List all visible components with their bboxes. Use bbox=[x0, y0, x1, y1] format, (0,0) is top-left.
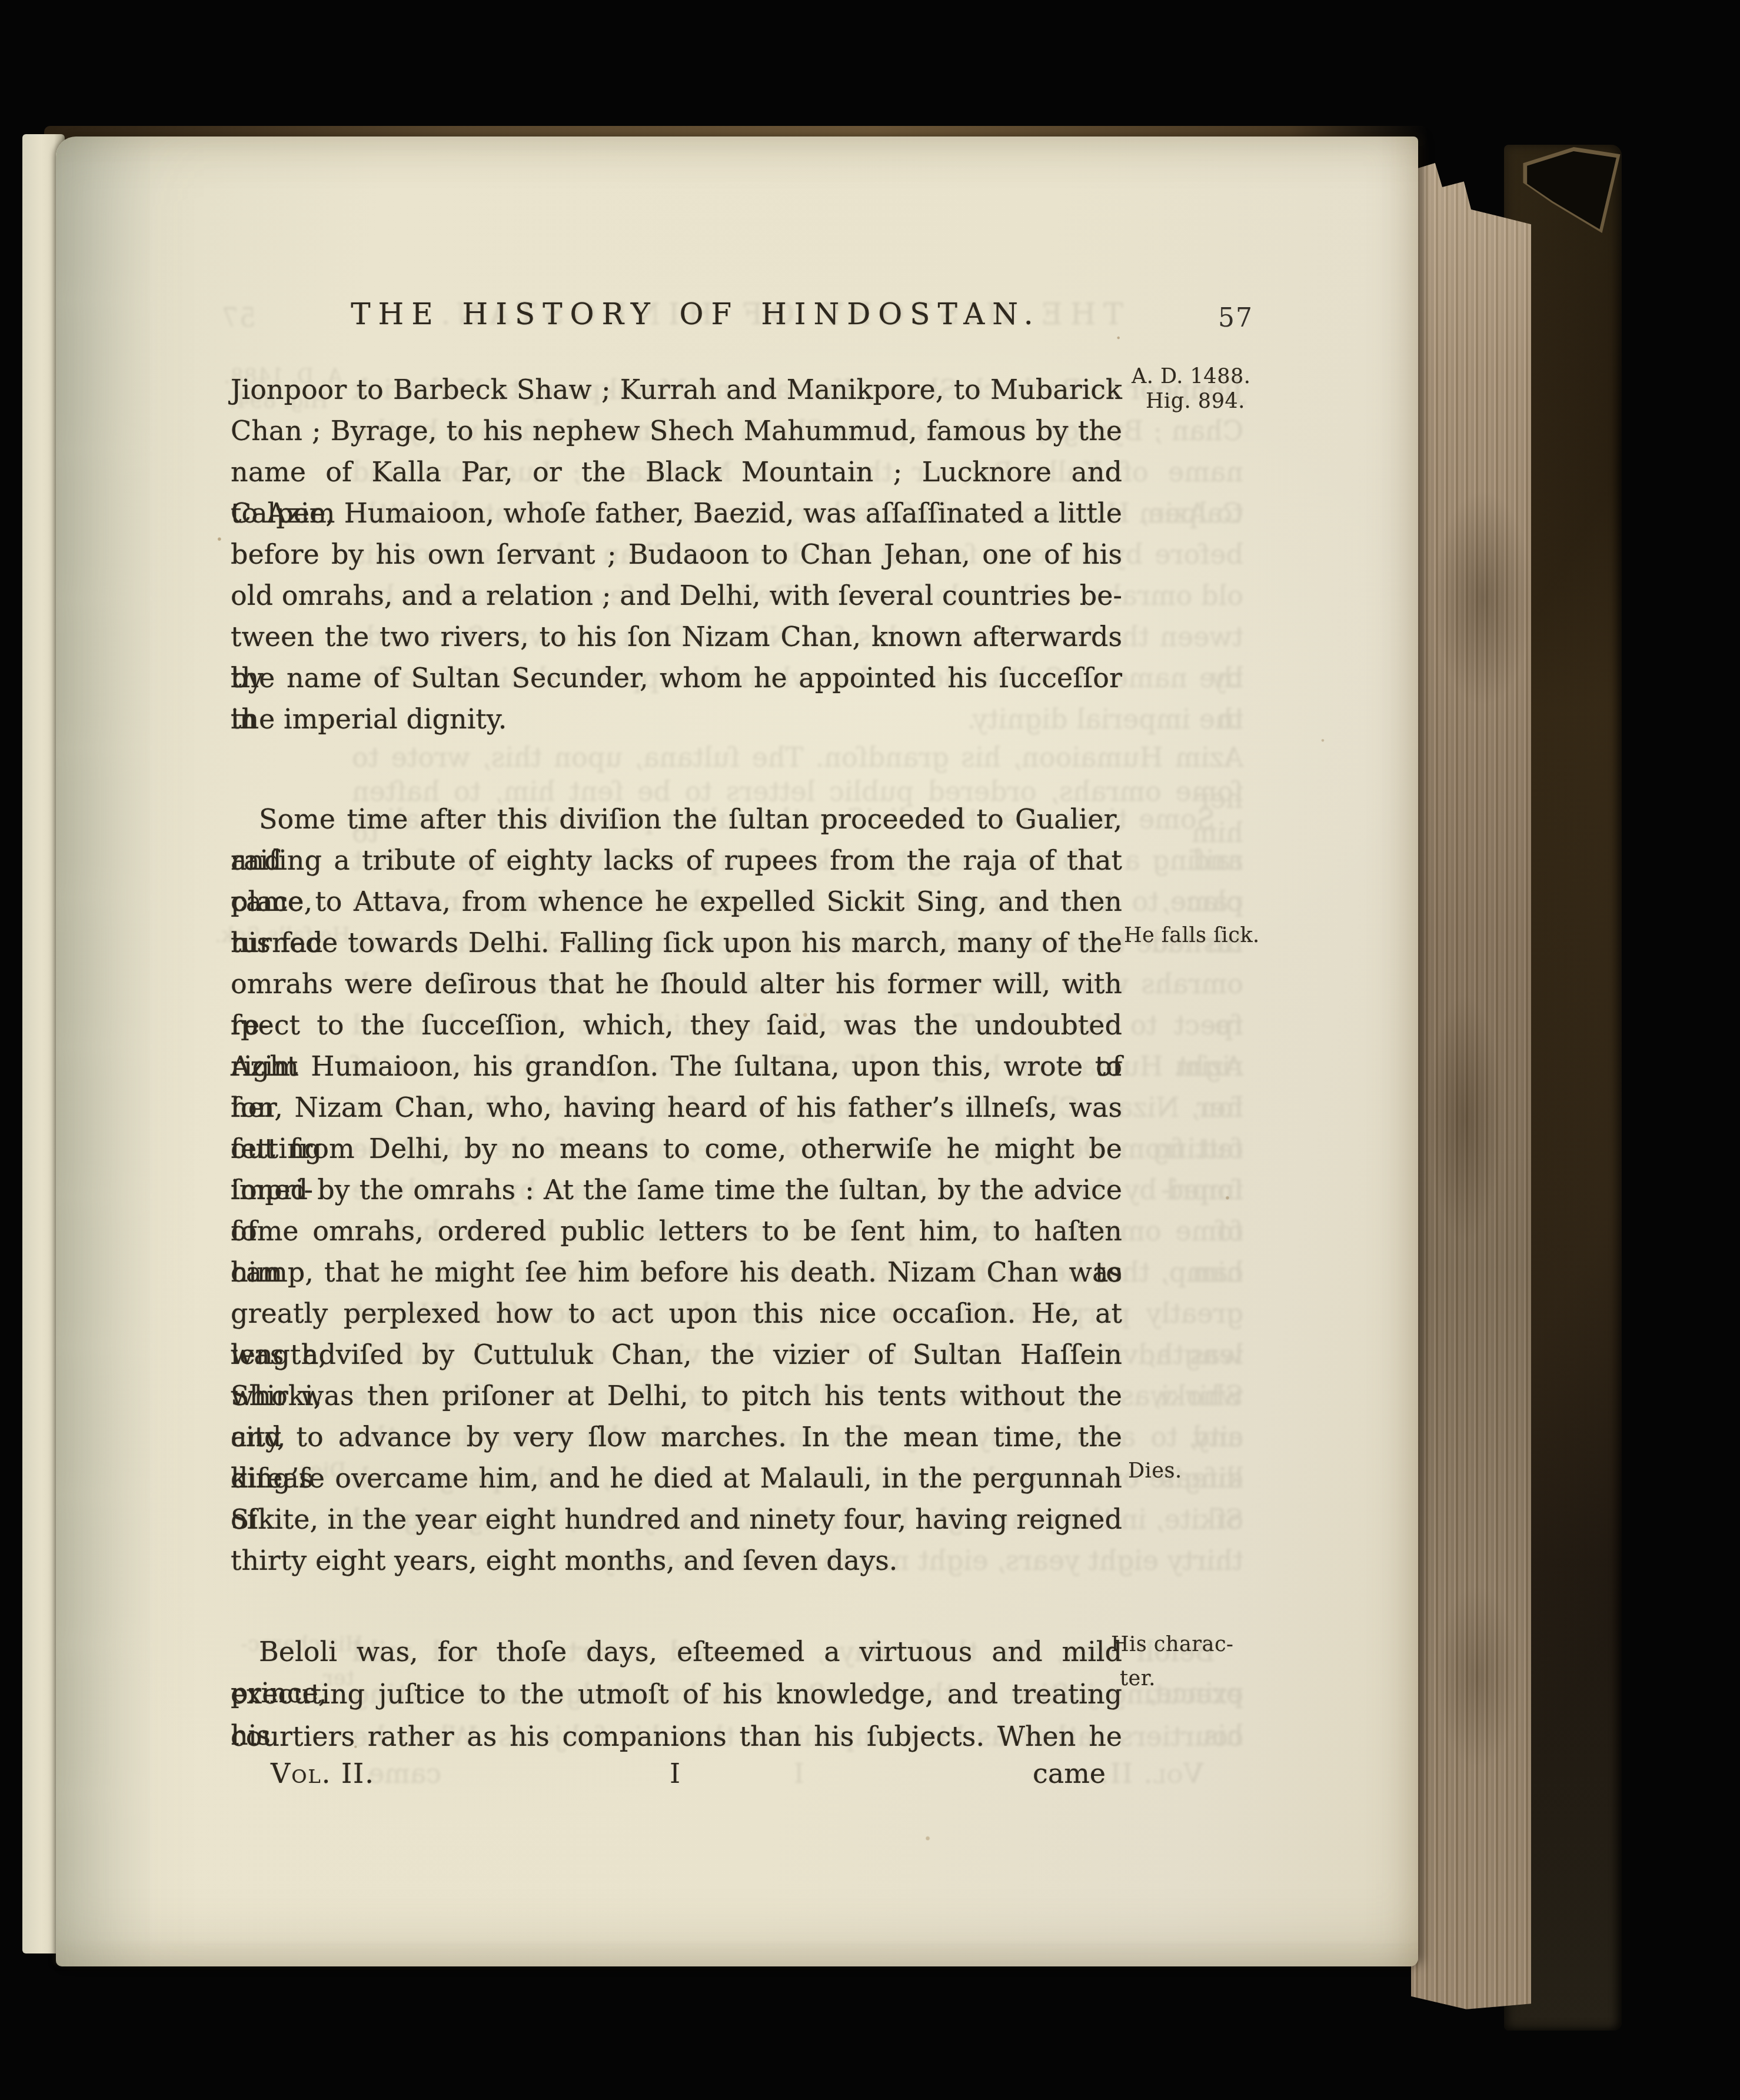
body-line-p2-l4: his face towards Delhi. Falling ſick upo… bbox=[231, 922, 1122, 963]
body-line-p2-l16: and to advance by very ſlow marches. In … bbox=[231, 1416, 1122, 1457]
body-line-p2-l11: ſome omrahs, ordered public letters to b… bbox=[231, 1210, 1122, 1252]
page-text-layer: THE HISTORY OF HINDOSTAN. 57 A. D. 1488.… bbox=[56, 137, 1418, 1966]
body-line-p1-l5: before by his own ſervant ; Budaoon to C… bbox=[231, 534, 1122, 575]
body-line-p3-l1: Beloli was, for thoſe days, eſteemed a v… bbox=[231, 1631, 1122, 1672]
body-line-p2-l12: camp, that he might ſee him before his d… bbox=[231, 1252, 1122, 1293]
body-line-p2-l2: raiſing a tribute of eighty lacks of rup… bbox=[231, 840, 1122, 881]
body-line-p1-l3: name of Kalla Par, or the Black Mountain… bbox=[231, 451, 1122, 492]
catchword: came bbox=[1033, 1758, 1106, 1789]
body-text: Jionpoor to Barbeck Shaw ; Kurrah and Ma… bbox=[56, 137, 1418, 1966]
book-scan-photo: THE HISTORY OF HINDOSTAN. 57 A. D. 1488.… bbox=[0, 0, 1740, 2100]
body-line-p2-l19: thirty eight years, eight months, and ſe… bbox=[231, 1540, 1122, 1581]
body-line-p2-l18: Sikite, in the year eight hundred and ni… bbox=[231, 1499, 1122, 1540]
body-line-p2-l10: ſoned by the omrahs : At the ſame time t… bbox=[231, 1169, 1122, 1210]
body-line-p2-l13: greatly perplexed how to act upon this n… bbox=[231, 1293, 1122, 1334]
body-line-p1-l1: Jionpoor to Barbeck Shaw ; Kurrah and Ma… bbox=[231, 369, 1122, 410]
body-line-p3-l3: courtiers rather as his companions than … bbox=[231, 1716, 1122, 1757]
body-line-p2-l8: ſon, Nizam Chan, who, having heard of hi… bbox=[231, 1087, 1122, 1128]
body-line-p2-l14: was adviſed by Cuttuluk Chan, the vizier… bbox=[231, 1334, 1122, 1375]
volume-label: Vol. II. bbox=[271, 1758, 375, 1789]
body-line-p1-l6: old omrahs, and a relation ; and Delhi, … bbox=[231, 575, 1122, 616]
body-line-p1-l8: the name of Sultan Secunder, whom he app… bbox=[231, 657, 1122, 698]
body-line-p2-l5: omrahs were deſirous that he ſhould alte… bbox=[231, 963, 1122, 1004]
body-line-p2-l15: who was then priſoner at Delhi, to pitch… bbox=[231, 1375, 1122, 1416]
body-line-p2-l3: came to Attava, from whence he expelled … bbox=[231, 881, 1122, 922]
body-line-p1-l7: tween the two rivers, to his ſon Nizam C… bbox=[231, 616, 1122, 657]
body-line-p2-l17: diſeaſe overcame him, and he died at Mal… bbox=[231, 1457, 1122, 1499]
body-line-p3-l2: executing juſtice to the utmoſt of his k… bbox=[231, 1673, 1122, 1715]
body-line-p2-l6: ſpect to the ſucceſſion, which, they ſai… bbox=[231, 1004, 1122, 1046]
body-line-p1-l9: the imperial dignity. bbox=[231, 698, 1122, 740]
body-line-p2-l9: out from Delhi, by no means to come, oth… bbox=[231, 1128, 1122, 1169]
body-line-p2-l7: Azim Humaioon, his grandſon. The ſultana… bbox=[231, 1046, 1122, 1087]
body-line-p2-l1: Some time after this diviſion the ſultan… bbox=[231, 798, 1122, 840]
book-page: THE HISTORY OF HINDOSTAN. 57 A. D. 1488.… bbox=[56, 137, 1418, 1966]
book-fore-edge-pages bbox=[1411, 152, 1531, 2011]
signature-mark: I bbox=[646, 1758, 704, 1789]
body-line-p1-l2: Chan ; Byrage, to his nephew Shech Mahum… bbox=[231, 410, 1122, 451]
body-line-p1-l4: to Azim Humaioon, whoſe father, Baezid, … bbox=[231, 492, 1122, 534]
